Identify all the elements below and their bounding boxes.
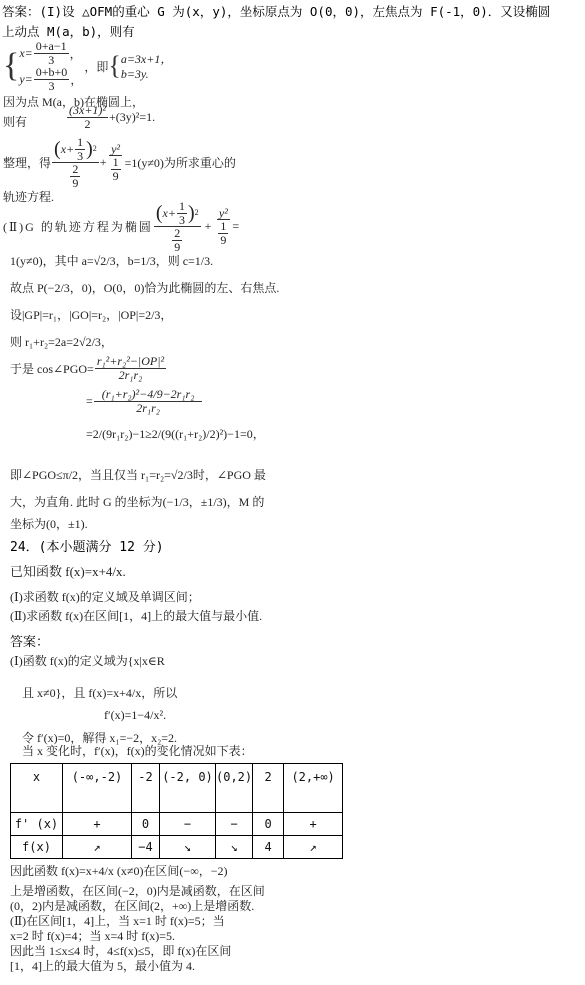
plus-sign: + [100,155,107,170]
sys-x-lhs: x= [19,46,32,61]
answer-intro-line1: 答案：(I)设 △OFM的重心 G 为(x，y)，坐标原点为 O(0，0)，左焦… [2,2,550,20]
cos1-num: r₁²+r₂²−|OP|² [95,355,166,369]
ji-text: ，即 [84,58,108,75]
answer-line-5: 当 x 变化时，f′(x)，f(x)的变化情况如下表： [22,742,253,759]
eq2-y-den-num: 1 [111,156,121,170]
table-cell: − [216,813,253,836]
table-cell: x [11,764,63,813]
table-cell: 0 [132,813,160,836]
zhengli-label: 整理，得 [3,154,51,171]
table-cell: 4 [253,836,284,859]
conclusion-c7: [1，4]上的最大值为 5，最小值为 4. [10,957,195,974]
centroid-system: { x= 0+a−13， y= 0+b+03， ，即 { a=3x+1， b=3… [3,40,172,92]
table-cell: -2 [132,764,160,813]
question-24-given: 已知函数 f(x)=x+4/x. [10,561,126,580]
question-24-part2: (Ⅱ)求函数 f(x)在区间[1，4]上的最大值与最小值. [10,607,262,624]
sys-y-num: 0+b+0 [34,66,70,80]
cos-line-3: =2/(9r₁r₂)−1≥2/(9((r₁+r₂)/2)²)−1=0， [86,425,265,442]
answer-intro-line2: 上动点 M(a，b)，则有 [2,22,135,40]
table-cell: (-2, 0) [160,764,216,813]
eq2-inner-num: 1 [75,136,85,150]
sys-b: b=3y. [121,67,173,82]
ellipse-eq-1: (3x+1)²2 +(3y)²=1. [66,104,155,130]
table-cell: + [63,813,132,836]
table-row: f' (x) + 0 − − 0 + [11,813,343,836]
left-brace: { [3,49,19,83]
table-cell: + [284,813,343,836]
eq2-y-den-den: 9 [111,170,121,183]
zeyou-label: 则有 [3,113,27,130]
sys-a: a=3x+1， [121,50,173,67]
cos-label: 于是 cos∠PGO= [10,360,94,377]
conclusion-line-2: 大，为直角. 此时 G 的坐标为(−1/3，±1/3)，M 的 [10,493,264,510]
ellipse-eq-2: 整理，得 (x+ 13 )2 29 + y²19 =1(y≠0)为所求重心的 [3,136,236,189]
table-row: f(x) ↗ −4 ↘ ↘ 4 ↗ [11,836,343,859]
question-24-part1: (Ⅰ)求函数 f(x)的定义域及单调区间； [10,588,200,605]
sys-x-num: 0+a−1 [34,40,69,54]
answer-line-3: f′(x)=1−4/x². [104,708,166,723]
eq2-den-den: 9 [70,177,80,190]
eq-tail: = [232,219,239,234]
eq2-inner-den: 3 [75,150,85,163]
params-line: 1(y≠0)，其中 a=√2/3，b=1/3，则 c=1/3. [10,252,213,269]
table-cell: ↘ [160,836,216,859]
eq2-rest: =1(y≠0)为所求重心的 [125,154,236,171]
cos-line-1: 于是 cos∠PGO= r₁²+r₂²−|OP|²2r₁r₂ [10,355,167,381]
cos-line-2: = (r₁+r₂)²−4/9−2r₁r₂2r₁r₂ [86,388,203,414]
eq1-rest: +(3y)²=1. [109,110,155,125]
table-header-row: x (-∞,-2) -2 (-2, 0) (0,2) 2 (2,+∞) [11,764,343,813]
answer-line-1: (Ⅰ)函数 f(x)的定义域为{x|x∈R [10,652,165,669]
sys-y-lhs: y= [19,72,32,87]
table-cell: −4 [132,836,160,859]
table-cell: (-∞,-2) [63,764,132,813]
table-cell: ↗ [284,836,343,859]
sys-y-den: 3 [47,80,57,93]
eq1-num: (3x+1)² [67,104,108,118]
conclusion-line-1: 即∠PGO≤π/2，当且仅当 r₁=r₂=√2/3时，∠PGO 最 [10,466,266,483]
conclusion-line-3: 坐标为(0，±1). [10,515,88,532]
left-brace-2: { [108,53,120,79]
cos2-den: 2r₁r₂ [134,402,162,415]
part2-intro: (Ⅱ)G 的轨迹方程为椭圆 [3,218,153,235]
answer-label: 答案： [10,631,49,650]
table-cell: (0,2) [216,764,253,813]
table-cell: ↘ [216,836,253,859]
table-cell: (2,+∞) [284,764,343,813]
table-cell: ↗ [63,836,132,859]
conclusion-c1: 因此函数 f(x)=x+4/x (x≠0)在区间(−∞，−2) [10,862,228,879]
question-24-title: 24．(本小题满分 12 分) [10,536,164,555]
table-cell: f' (x) [11,813,63,836]
table-cell: f(x) [11,836,63,859]
set-line: 设|GP|=r₁，|GO|=r₂，|OP|=2/3， [10,306,172,323]
variation-table: x (-∞,-2) -2 (-2, 0) (0,2) 2 (2,+∞) f' (… [10,763,343,859]
foci-line: 故点 P(−2/3，0)，O(0，0)恰为此椭圆的左、右焦点. [10,279,279,296]
table-cell: 0 [253,813,284,836]
table-cell: 2 [253,764,284,813]
answer-line-2: 且 x≠0}，且 f(x)=x+4/x，所以 [22,684,177,701]
cos2-num: (r₁+r₂)²−4/9−2r₁r₂ [94,388,203,402]
eq1-den: 2 [83,118,93,131]
cos1-den: 2r₁r₂ [117,369,145,382]
eq2-y2: y² [109,143,122,157]
part2-ellipse: (Ⅱ)G 的轨迹方程为椭圆 (x+13)2 29 + y²19 = [3,200,239,253]
eq2-den-num: 2 [70,163,80,177]
sum-line: 则 r₁+r₂=2a=2√2/3， [10,333,113,350]
table-cell: − [160,813,216,836]
